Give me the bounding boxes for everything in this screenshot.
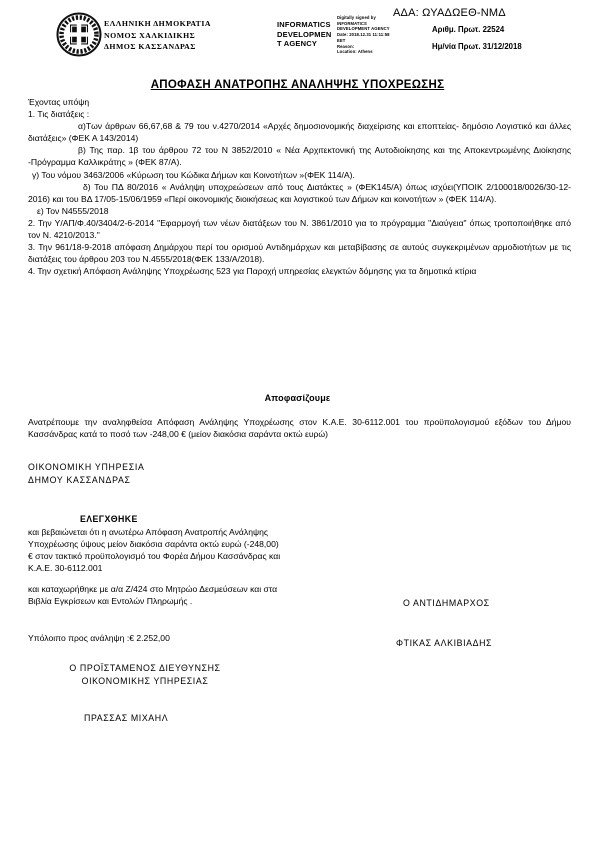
document-page: ΑΔΑ: ΩΥΑΔΩΕΘ-ΝΜΔ ΕΛΛΗΝΙΚΗ ΔΗΜΟΚΡΑΤΙΑ ΝΟΜ… [0, 0, 595, 842]
remaining-balance-text: Υπόλοιπο προς ανάληψη :€ 2.252,00 [28, 633, 170, 643]
deputy-mayor-title: Ο ΑΝΤΙΔΗΜΑΡΧΟΣ [403, 598, 490, 608]
finance-dept-line: ΔΗΜΟΥ ΚΑΣΣΑΝΔΡΑΣ [28, 474, 145, 487]
agency-line: T AGENCY [277, 39, 332, 49]
document-title: ΑΠΟΦΑΣΗ ΑΝΑΤΡΟΠΗΣ ΑΝΑΛΗΨΗΣ ΥΠΟΧΡΕΩΣΗΣ [0, 79, 595, 91]
agency-line: INFORMATICS [277, 20, 332, 30]
preamble-item-1c: γ) Του νόμου 3463/2006 «Κύρωση του Κώδικ… [28, 169, 571, 181]
preamble-item-4: 4. Την σχετική Απόφαση Ανάληψης Υποχρέωσ… [28, 265, 571, 277]
greek-emblem-icon [56, 12, 102, 57]
org-line-prefecture: ΝΟΜΟΣ ΧΑΛΚΙΔΙΚΗΣ [104, 30, 211, 42]
checked-label: ΕΛΕΓΧΘΗΚΕ [80, 514, 138, 524]
org-line-republic: ΕΛΛΗΝΙΚΗ ΔΗΜΟΚΡΑΤΙΑ [104, 18, 211, 30]
protocol-number: Αριθμ. Πρωτ. 22524 [432, 25, 504, 34]
signature-detail-line: Location: Athens [337, 49, 425, 55]
preamble-item-2: 2. Την Υ/ΑΠ/Φ.40/3404/2-6-2014 "Εφαρμογή… [28, 217, 571, 241]
deputy-mayor-name: ΦΤΙΚΑΣ ΑΛΚΙΒΙΑΔΗΣ [396, 638, 492, 648]
preamble-item-1: 1. Τις διατάξεις : [28, 108, 571, 120]
finance-director-title: Ο ΠΡΟΪΣΤΑΜΕΝΟΣ ΔΙΕΥΘΥΝΣΗΣ ΟΙΚΟΝΟΜΙΚΗΣ ΥΠ… [38, 662, 252, 687]
preamble-item-1b: β) Της παρ. 1β του άρθρου 72 του Ν 3852/… [28, 144, 571, 168]
registry-entry-text: και καταχωρήθηκε με α/α Ζ/424 στο Μητρώο… [28, 583, 278, 607]
digital-signature-details: Digitally signed by INFORMATICS DEVELOPM… [337, 15, 425, 55]
finance-director-name: ΠΡΑΣΣΑΣ ΜΙΧΑΗΛ [84, 713, 168, 723]
director-title-line: ΟΙΚΟΝΟΜΙΚΗΣ ΥΠΗΡΕΣΙΑΣ [38, 675, 252, 688]
agency-line: DEVELOPMEN [277, 30, 332, 40]
preamble-item-1a: α)Των άρθρων 66,67,68 & 79 του ν.4270/20… [28, 120, 571, 144]
issuing-authority: ΕΛΛΗΝΙΚΗ ΔΗΜΟΚΡΑΤΙΑ ΝΟΜΟΣ ΧΑΛΚΙΔΙΚΗΣ ΔΗΜ… [104, 18, 211, 53]
checked-certification-text: και βεβαιώνεται ότι η ανωτέρω Απόφαση Αν… [28, 527, 282, 575]
org-line-municipality: ΔΗΜΟΣ ΚΑΣΣΑΝΔΡΑΣ [104, 41, 211, 53]
preamble-section: Έχοντας υπόψη 1. Τις διατάξεις : α)Των ά… [28, 96, 571, 277]
finance-dept-line: ΟΙΚΟΝΟΜΙΚΗ ΥΠΗΡΕΣΙΑ [28, 461, 145, 474]
having-regard-line: Έχοντας υπόψη [28, 96, 571, 108]
decision-text: Ανατρέπουμε την αναληφθείσα Απόφαση Ανάλ… [28, 416, 571, 440]
preamble-item-1d: δ) Του ΠΔ 80/2016 « Ανάληψη υποχρεώσεων … [28, 181, 571, 205]
finance-department-block: ΟΙΚΟΝΟΜΙΚΗ ΥΠΗΡΕΣΙΑ ΔΗΜΟΥ ΚΑΣΣΑΝΔΡΑΣ [28, 461, 145, 486]
director-title-line: Ο ΠΡΟΪΣΤΑΜΕΝΟΣ ΔΙΕΥΘΥΝΣΗΣ [38, 662, 252, 675]
decision-heading: Αποφασίζουμε [0, 393, 595, 403]
protocol-date: Ημ/νία Πρωτ. 31/12/2018 [432, 42, 522, 51]
preamble-item-3: 3. Την 961/18-9-2018 απόφαση Δημάρχου πε… [28, 241, 571, 265]
digital-signature-agency: INFORMATICS DEVELOPMEN T AGENCY [277, 20, 332, 49]
preamble-item-1e: ε) Τον Ν4555/2018 [28, 205, 571, 217]
